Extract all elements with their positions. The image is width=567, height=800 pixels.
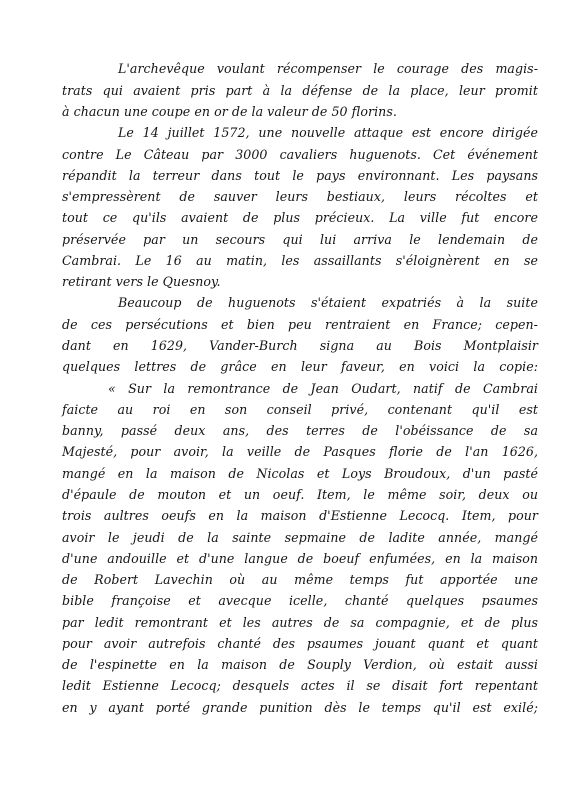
text-line: de Robert Lavechin où au même temps fut …: [62, 569, 538, 591]
text-line: mangé en la maison de Nicolas et Loys Br…: [62, 463, 538, 485]
text-line: bible françoise et avecque icelle, chant…: [62, 590, 538, 612]
text-line: répandit la terreur dans tout le pays en…: [62, 165, 538, 187]
text-line: tout ce qu'ils avaient de plus précieux.…: [62, 207, 538, 229]
text-line: de ces persécutions et bien peu rentraie…: [62, 314, 538, 336]
text-line: à chacun une coupe en or de la valeur de…: [62, 101, 538, 123]
text-line: s'empressèrent de sauver leurs bestiaux,…: [62, 186, 538, 208]
text-line: L'archevêque voulant récompenser le cour…: [118, 58, 538, 80]
text-line: Beaucoup de huguenots s'étaient expatrié…: [118, 292, 538, 314]
text-line: banny, passé deux ans, des terres de l'o…: [62, 420, 538, 442]
text-line: ledit Estienne Lecocq; desquels actes il…: [62, 675, 538, 697]
text-line: Cambrai. Le 16 au matin, les assaillants…: [62, 250, 538, 272]
text-line: avoir le jeudi de la sainte sepmaine de …: [62, 527, 538, 549]
text-line: contre Le Câteau par 3000 cavaliers hugu…: [62, 144, 538, 166]
text-line: retirant vers le Quesnoy.: [62, 271, 538, 293]
handwritten-manuscript-page: L'archevêque voulant récompenser le cour…: [0, 0, 567, 800]
text-line: Majesté, pour avoir, la veille de Pasque…: [62, 441, 538, 463]
text-line: de l'espinette en la maison de Souply Ve…: [62, 654, 538, 676]
text-line: préservée par un secours qui lui arriva …: [62, 229, 538, 251]
text-line: « Sur la remontrance de Jean Oudart, nat…: [108, 378, 538, 400]
text-line: d'épaule de mouton et un oeuf. Item, le …: [62, 484, 538, 506]
text-line: par ledit remontrant et les autres de sa…: [62, 612, 538, 634]
text-line: faicte au roi en son conseil privé, cont…: [62, 399, 538, 421]
text-line: trois aultres oeufs en la maison d'Estie…: [62, 505, 538, 527]
text-line: pour avoir autrefois chanté des psaumes …: [62, 633, 538, 655]
text-line: trats qui avaient pris part à la défense…: [62, 80, 538, 102]
text-line: quelques lettres de grâce en leur faveur…: [62, 356, 538, 378]
text-line: Le 14 juillet 1572, une nouvelle attaque…: [118, 122, 538, 144]
text-line: d'une andouille et d'une langue de boeuf…: [62, 548, 538, 570]
text-line: en y ayant porté grande punition dès le …: [62, 697, 538, 719]
text-line: dant en 1629, Vander-Burch signa au Bois…: [62, 335, 538, 357]
